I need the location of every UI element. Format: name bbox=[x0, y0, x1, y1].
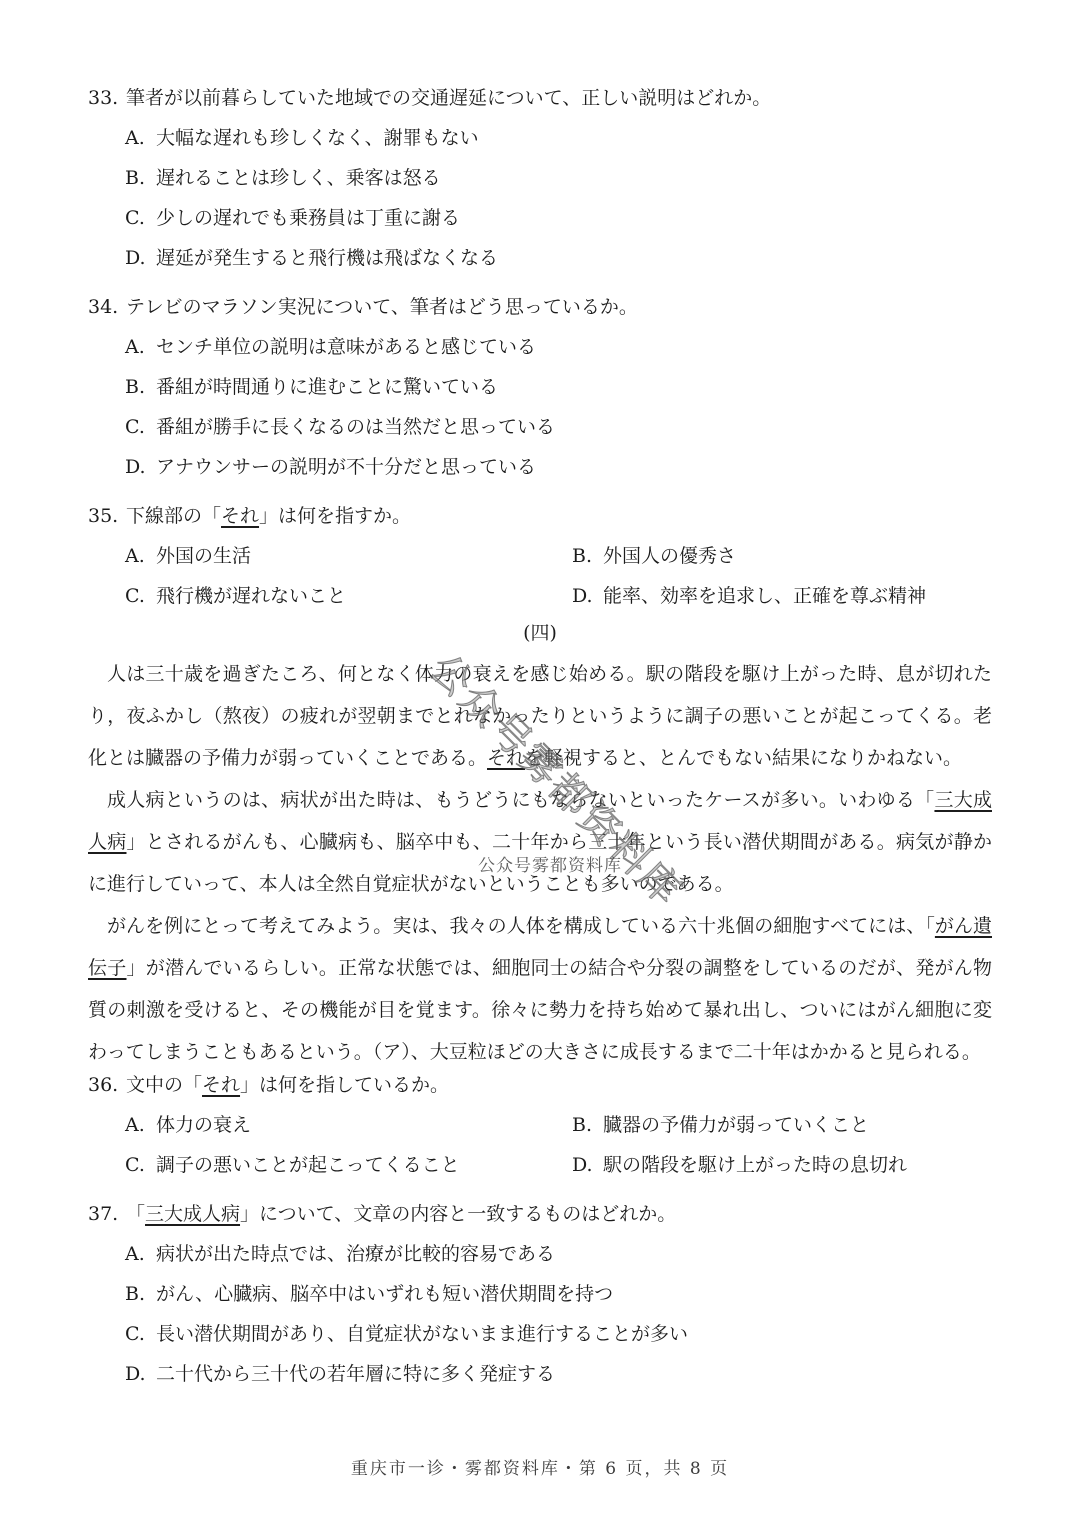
question-stem-text: テレビのマラソン実況について、筆者はどう思っているか。 bbox=[126, 295, 992, 319]
answer-option: D. 能率、効率を追求し、正確を尊ぶ精神 bbox=[572, 585, 992, 608]
option-label: D. bbox=[572, 1154, 603, 1177]
question-stem: 35. 下線部の「それ」は何を指すか。 bbox=[88, 504, 992, 528]
passage-paragraph: 人は三十歳を過ぎたころ、何となく体力の衰えを感じ始める。駅の階段を駆け上がった時… bbox=[88, 653, 992, 779]
option-label: A. bbox=[125, 336, 156, 359]
passage: 人は三十歳を過ぎたころ、何となく体力の衰えを感じ始める。駅の階段を駆け上がった時… bbox=[88, 653, 992, 1073]
option-text: 臓器の予備力が弱っていくこと bbox=[603, 1114, 869, 1137]
option-label: C. bbox=[125, 1154, 156, 1177]
question-stem-text: 筆者が以前暮らしていた地域での交通遅延について、正しい説明はどれか。 bbox=[126, 86, 992, 110]
option-text: 番組が時間通りに進むことに驚いている bbox=[156, 376, 498, 399]
option-label: D. bbox=[125, 456, 156, 479]
answer-option: A. 外国の生活 bbox=[125, 545, 572, 568]
option-text: 外国の生活 bbox=[156, 545, 251, 568]
question-stem-text: 下線部の「それ」は何を指すか。 bbox=[126, 504, 992, 528]
option-label: D. bbox=[125, 1363, 156, 1386]
text-segment: 「 bbox=[126, 1203, 145, 1225]
answer-option: A. 大幅な遅れも珍しくなく、謝罪もない bbox=[125, 127, 992, 150]
passage-section-header: (四) bbox=[88, 620, 992, 646]
question-stem: 34. テレビのマラソン実況について、筆者はどう思っているか。 bbox=[88, 295, 992, 319]
option-label: C. bbox=[125, 1323, 156, 1346]
option-text: 大幅な遅れも珍しくなく、謝罪もない bbox=[156, 127, 479, 150]
question-number: 35. bbox=[88, 504, 126, 528]
options: A. 病状が出た時点では、治療が比較的容易である B. がん、心臓病、脳卒中はい… bbox=[88, 1243, 992, 1386]
text-segment: 下線部の「 bbox=[126, 505, 221, 527]
answer-option: B. 外国人の優秀さ bbox=[572, 545, 992, 568]
text-segment: 」は何を指すか。 bbox=[259, 505, 411, 527]
question-number: 36. bbox=[88, 1073, 126, 1097]
answer-option: A. 病状が出た時点では、治療が比較的容易である bbox=[125, 1243, 992, 1266]
answer-option: B. がん、心臓病、脳卒中はいずれも短い潜伏期間を持つ bbox=[125, 1283, 992, 1306]
passage-paragraph: 成人病というのは、病状が出た時は、もうどうにもならないといったケースが多い。いわ… bbox=[88, 779, 992, 905]
answer-option: D. アナウンサーの説明が不十分だと思っている bbox=[125, 456, 992, 479]
option-text: がん、心臓病、脳卒中はいずれも短い潜伏期間を持つ bbox=[156, 1283, 613, 1306]
answer-option: D. 二十代から三十代の若年層に特に多く発症する bbox=[125, 1363, 992, 1386]
option-text: 二十代から三十代の若年層に特に多く発症する bbox=[156, 1363, 555, 1386]
questions-top-section: 33. 筆者が以前暮らしていた地域での交通遅延について、正しい説明はどれか。 A… bbox=[88, 86, 992, 608]
text-segment: テレビのマラソン実況について、筆者はどう思っているか。 bbox=[126, 296, 638, 318]
option-text: 調子の悪いことが起こってくること bbox=[156, 1154, 460, 1177]
option-label: C. bbox=[125, 207, 156, 230]
answer-option: B. 臓器の予備力が弱っていくこと bbox=[572, 1114, 992, 1137]
option-label: A. bbox=[125, 545, 156, 568]
question-stem-text: 「三大成人病」について、文章の内容と一致するものはどれか。 bbox=[126, 1202, 992, 1226]
text-segment: 」は何を指しているか。 bbox=[240, 1074, 449, 1096]
answer-option: B. 番組が時間通りに進むことに驚いている bbox=[125, 376, 992, 399]
underlined-term: それ bbox=[202, 1074, 240, 1096]
option-text: アナウンサーの説明が不十分だと思っている bbox=[156, 456, 536, 479]
text-segment: 」が潜んでいるらしい。正常な状態では、細胞同士の結合や分裂の調整をしているのだが… bbox=[88, 957, 992, 1063]
question: 34. テレビのマラソン実況について、筆者はどう思っているか。 A. センチ単位… bbox=[88, 295, 992, 479]
option-text: 長い潜伏期間があり、自覚症状がないまま進行することが多い bbox=[156, 1323, 688, 1346]
option-label: A. bbox=[125, 1243, 156, 1266]
options: A. センチ単位の説明は意味があると感じている B. 番組が時間通りに進むことに… bbox=[88, 336, 992, 479]
option-text: 能率、効率を追求し、正確を尊ぶ精神 bbox=[603, 585, 926, 608]
option-label: D. bbox=[125, 247, 156, 270]
text-segment: 文中の「 bbox=[126, 1074, 202, 1096]
exam-page: 33. 筆者が以前暮らしていた地域での交通遅延について、正しい説明はどれか。 A… bbox=[0, 0, 1080, 1527]
option-label: B. bbox=[125, 1283, 156, 1306]
page-footer: 重庆市一诊・雾都资料库・第 6 页，共 8 页 bbox=[0, 1454, 1080, 1479]
underlined-term: 三大成人病 bbox=[145, 1203, 240, 1225]
options: A. 体力の衰え B. 臓器の予備力が弱っていくこと C. 調子の悪いことが起こ… bbox=[88, 1097, 992, 1177]
text-segment: がんを例にとって考えてみよう。実は、我々の人体を構成している六十兆個の細胞すべて… bbox=[107, 915, 935, 937]
answer-option: C. 長い潜伏期間があり、自覚症状がないまま進行することが多い bbox=[125, 1323, 992, 1346]
underlined-term: それ bbox=[221, 505, 259, 527]
option-text: 外国人の優秀さ bbox=[603, 545, 736, 568]
question-number: 37. bbox=[88, 1202, 126, 1226]
text-segment: 成人病というのは、病状が出た時は、もうどうにもならないといったケースが多い。いわ… bbox=[107, 789, 934, 811]
text-segment: 」について、文章の内容と一致するものはどれか。 bbox=[240, 1203, 676, 1225]
answer-option: C. 調子の悪いことが起こってくること bbox=[125, 1154, 572, 1177]
option-label: B. bbox=[125, 167, 156, 190]
option-label: A. bbox=[125, 127, 156, 150]
question: 37. 「三大成人病」について、文章の内容と一致するものはどれか。 A. 病状が… bbox=[88, 1202, 992, 1386]
option-label: D. bbox=[572, 585, 603, 608]
options: A. 大幅な遅れも珍しくなく、謝罪もない B. 遅れることは珍しく、乗客は怒る … bbox=[88, 127, 992, 270]
passage-paragraph: がんを例にとって考えてみよう。実は、我々の人体を構成している六十兆個の細胞すべて… bbox=[88, 905, 992, 1073]
answer-option: C. 少しの遅れでも乗務員は丁重に謝る bbox=[125, 207, 992, 230]
underlined-term: それ bbox=[487, 747, 525, 769]
option-label: A. bbox=[125, 1114, 156, 1137]
option-text: 病状が出た時点では、治療が比較的容易である bbox=[156, 1243, 555, 1266]
questions-bottom-section: 36. 文中の「それ」は何を指しているか。 A. 体力の衰え B. 臓器の予備力… bbox=[88, 1073, 992, 1386]
option-text: センチ単位の説明は意味があると感じている bbox=[156, 336, 536, 359]
text-segment: 筆者が以前暮らしていた地域での交通遅延について、正しい説明はどれか。 bbox=[126, 87, 771, 109]
option-label: C. bbox=[125, 585, 156, 608]
question-number: 33. bbox=[88, 86, 126, 110]
answer-option: A. センチ単位の説明は意味があると感じている bbox=[125, 336, 992, 359]
question-stem: 36. 文中の「それ」は何を指しているか。 bbox=[88, 1073, 992, 1097]
text-segment: を軽視すると、とんでもない結果になりかねない。 bbox=[525, 747, 962, 769]
option-text: 少しの遅れでも乗務員は丁重に謝る bbox=[156, 207, 460, 230]
text-segment: 」とされるがんも、心臓病も、脳卒中も、二十年から三十年という長い潜伏期間がある。… bbox=[88, 831, 992, 895]
question: 36. 文中の「それ」は何を指しているか。 A. 体力の衰え B. 臓器の予備力… bbox=[88, 1073, 992, 1177]
question: 33. 筆者が以前暮らしていた地域での交通遅延について、正しい説明はどれか。 A… bbox=[88, 86, 992, 270]
answer-option: C. 番組が勝手に長くなるのは当然だと思っている bbox=[125, 416, 992, 439]
answer-option: C. 飛行機が遅れないこと bbox=[125, 585, 572, 608]
answer-option: A. 体力の衰え bbox=[125, 1114, 572, 1137]
question: 35. 下線部の「それ」は何を指すか。 A. 外国の生活 B. 外国人の優秀さ … bbox=[88, 504, 992, 608]
option-text: 遅れることは珍しく、乗客は怒る bbox=[156, 167, 441, 190]
question-stem: 37. 「三大成人病」について、文章の内容と一致するものはどれか。 bbox=[88, 1202, 992, 1226]
option-label: B. bbox=[125, 376, 156, 399]
option-text: 飛行機が遅れないこと bbox=[156, 585, 346, 608]
question-stem-text: 文中の「それ」は何を指しているか。 bbox=[126, 1073, 992, 1097]
option-text: 遅延が発生すると飛行機は飛ばなくなる bbox=[156, 247, 498, 270]
page-content: 33. 筆者が以前暮らしていた地域での交通遅延について、正しい説明はどれか。 A… bbox=[0, 0, 1080, 1386]
question-number: 34. bbox=[88, 295, 126, 319]
question-stem: 33. 筆者が以前暮らしていた地域での交通遅延について、正しい説明はどれか。 bbox=[88, 86, 992, 110]
option-text: 駅の階段を駆け上がった時の息切れ bbox=[603, 1154, 907, 1177]
option-text: 番組が勝手に長くなるのは当然だと思っている bbox=[156, 416, 555, 439]
option-text: 体力の衰え bbox=[156, 1114, 251, 1137]
options: A. 外国の生活 B. 外国人の優秀さ C. 飛行機が遅れないこと D. 能率、… bbox=[88, 528, 992, 608]
option-label: B. bbox=[572, 1114, 603, 1137]
option-label: B. bbox=[572, 545, 603, 568]
answer-option: D. 遅延が発生すると飛行機は飛ばなくなる bbox=[125, 247, 992, 270]
answer-option: B. 遅れることは珍しく、乗客は怒る bbox=[125, 167, 992, 190]
option-label: C. bbox=[125, 416, 156, 439]
answer-option: D. 駅の階段を駆け上がった時の息切れ bbox=[572, 1154, 992, 1177]
